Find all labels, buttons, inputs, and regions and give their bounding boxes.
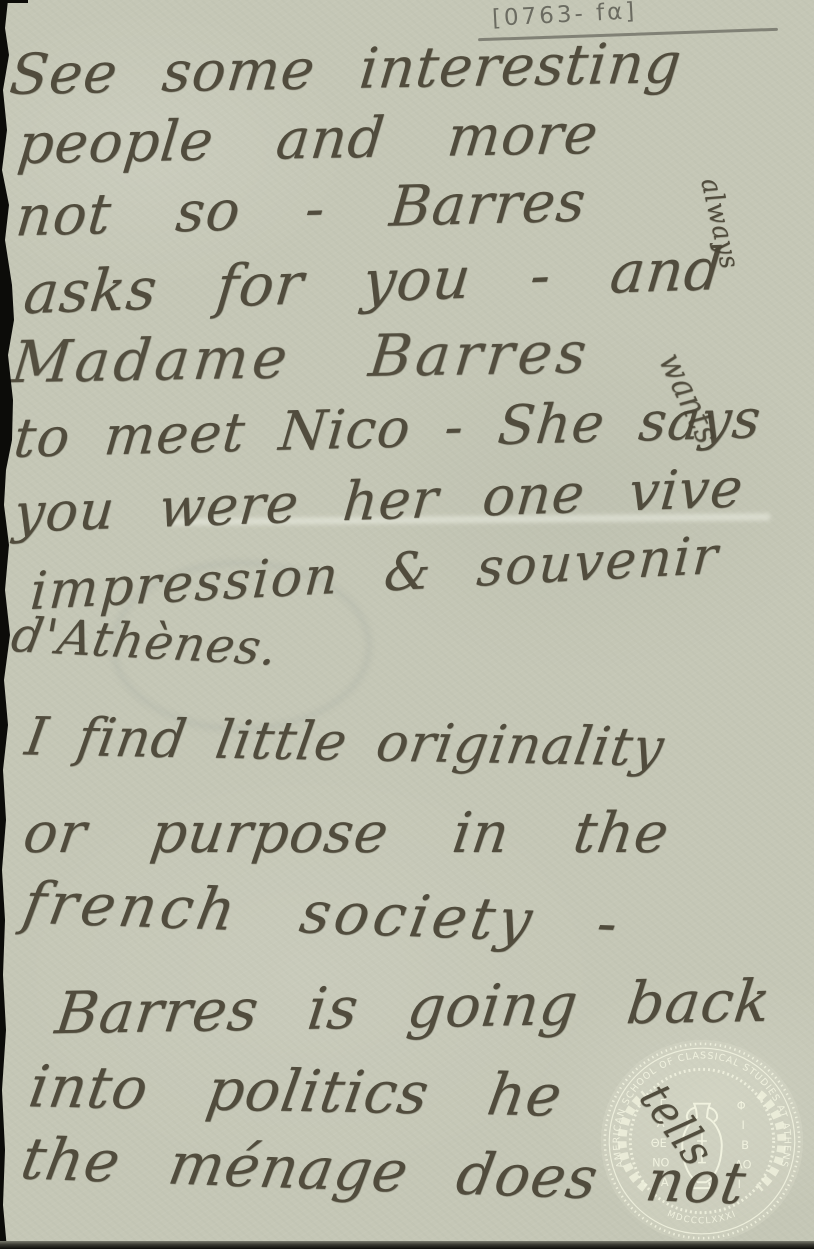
handwriting-line-11: or purpose in the [20, 806, 673, 862]
scan-corner-mark [0, 0, 28, 3]
handwriting-line-12: french society - [19, 874, 626, 953]
greek-letter: Ι [742, 1119, 745, 1132]
handwriting-line-10: I find little originality [22, 711, 668, 775]
letter-page: AMERICAN SCHOOL OF CLASSICAL STUDIES AT … [0, 0, 814, 1249]
handwriting-line-8: impression & souvenir [29, 530, 721, 618]
handwriting-line-13: Barres is going back [52, 972, 774, 1043]
line-text: See some interesting [7, 31, 685, 108]
handwriting-line-7: you were her one vive [12, 461, 746, 541]
handwriting-line-2: people and more [15, 107, 601, 173]
torn-left-edge [0, 0, 20, 1249]
line-text: not so - Barres [13, 169, 589, 249]
line-text: asks for you - and [21, 235, 727, 328]
line-text: Madame Barres [8, 318, 593, 396]
scan-bottom-edge [0, 1241, 814, 1249]
handwriting-line-4: asks for you - and [21, 240, 726, 323]
handwriting-line-5: Madame Barreswants [9, 323, 593, 391]
catalog-number: [0763- fα] [491, 0, 638, 32]
handwriting-line-9: d'Athènes. [8, 611, 282, 673]
handwriting-line-1: See some interesting [7, 36, 684, 104]
handwriting-line-14: into politics hetells [25, 1057, 566, 1124]
line-text: I find little originality [21, 707, 668, 779]
line-text: to meet Nico - She says [11, 387, 764, 470]
line-text: into politics he [25, 1052, 568, 1129]
line-text: people and more [15, 102, 602, 177]
line-text: french society - [18, 869, 627, 957]
greek-letter: Φ [737, 1100, 746, 1113]
handwriting-line-3: not so - Barresalways [13, 174, 588, 245]
handwriting-line-6: to meet Nico - She says [12, 392, 764, 466]
line-text: or purpose in the [20, 801, 674, 866]
line-text: Barres is going back [52, 967, 775, 1048]
